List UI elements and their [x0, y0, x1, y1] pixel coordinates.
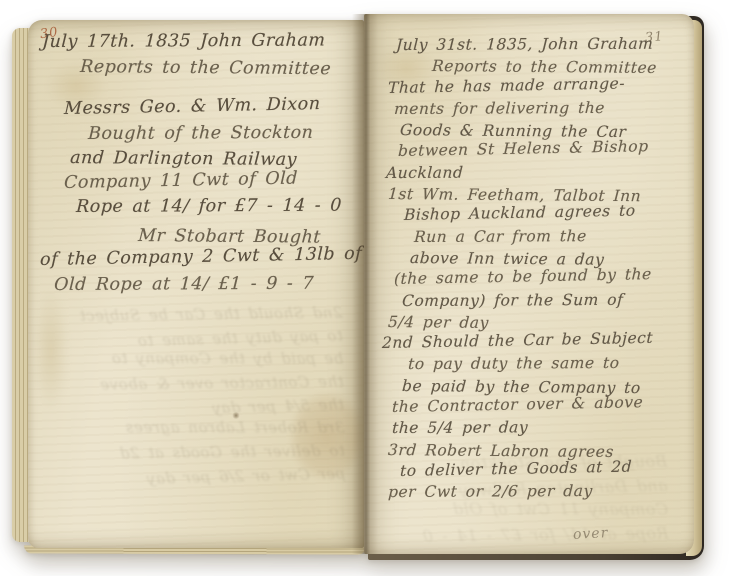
bleed-through-line: to deliver the Goods at 2d [54, 441, 345, 468]
manuscript-book: 30 2nd Should the Car be Subject to pay … [8, 10, 708, 560]
manuscript-line: Reports to the Committee [79, 57, 350, 84]
manuscript-line: Messrs Geo. & Wm. Dixon [64, 93, 351, 123]
photo-stage: 30 2nd Should the Car be Subject to pay … [0, 0, 733, 576]
bleed-through-text: 2nd Should the Car be Subject to pay dut… [52, 303, 345, 492]
page-right: 31 Bought of the Stockton and Darlington… [364, 14, 694, 554]
manuscript-line: Bought of the Stockton [87, 122, 350, 148]
manuscript-text-left: July 17th. 1835 John Graham Reports to t… [40, 32, 350, 299]
manuscript-line: of the Company 2 Cwt & 13lb of [40, 244, 351, 274]
manuscript-line: Old Rope at 14/ £1 - 9 - 7 [53, 273, 350, 299]
bleed-through-line: the Contractor over & above [53, 372, 344, 399]
catchword: over [572, 525, 608, 543]
bleed-through-line: the 5/4 per day [53, 395, 345, 426]
bleed-through-line: per Cwt or 2/6 per day [55, 464, 347, 495]
manuscript-line: Run a Car from the [413, 226, 686, 249]
paper-stain [34, 290, 68, 410]
manuscript-line: the 5/4 per day [391, 418, 686, 441]
manuscript-line: to pay duty the same to [407, 354, 686, 377]
manuscript-text-right: July 31st. 1835, John Graham Reports to … [380, 36, 686, 505]
manuscript-line: ments for delivering the [393, 98, 686, 121]
manuscript-line: July 17th. 1835 John Graham [41, 30, 350, 56]
bleed-through-line: be paid by the Company to [53, 349, 344, 373]
manuscript-line: Company 11 Cwt of Old [64, 167, 351, 197]
bleed-through-line: to pay duty the same to [52, 326, 344, 357]
paper-stain [290, 392, 364, 480]
manuscript-line: July 31st. 1835, John Graham [395, 34, 686, 57]
ink-speck [232, 412, 240, 419]
manuscript-line: per Cwt or 2/6 per day [387, 482, 686, 505]
bleed-through-line: 2nd Should the Car be Subject [52, 303, 343, 330]
bleed-through-line: Rope at 14/ for £7 - 14 - 0 [388, 524, 670, 551]
page-left: 30 2nd Should the Car be Subject to pay … [28, 20, 364, 548]
manuscript-line: the Contractor over & above [392, 392, 687, 419]
manuscript-line: Rope at 14/ for £7 - 14 - 0 [75, 196, 350, 222]
bleed-through-line: 3rd Robert Labron agrees [54, 418, 345, 442]
manuscript-line: Company) for the Sum of [401, 290, 686, 313]
manuscript-line: to deliver the Goods at 2d [400, 456, 687, 483]
manuscript-line: (the same to be found by the [394, 265, 687, 292]
manuscript-line: 2nd Should the Car be Subject [382, 328, 687, 355]
manuscript-line: between St Helens & Bishop [398, 137, 687, 164]
manuscript-line: Bishop Auckland agrees to [404, 201, 687, 228]
manuscript-line: Auckland [385, 162, 686, 185]
